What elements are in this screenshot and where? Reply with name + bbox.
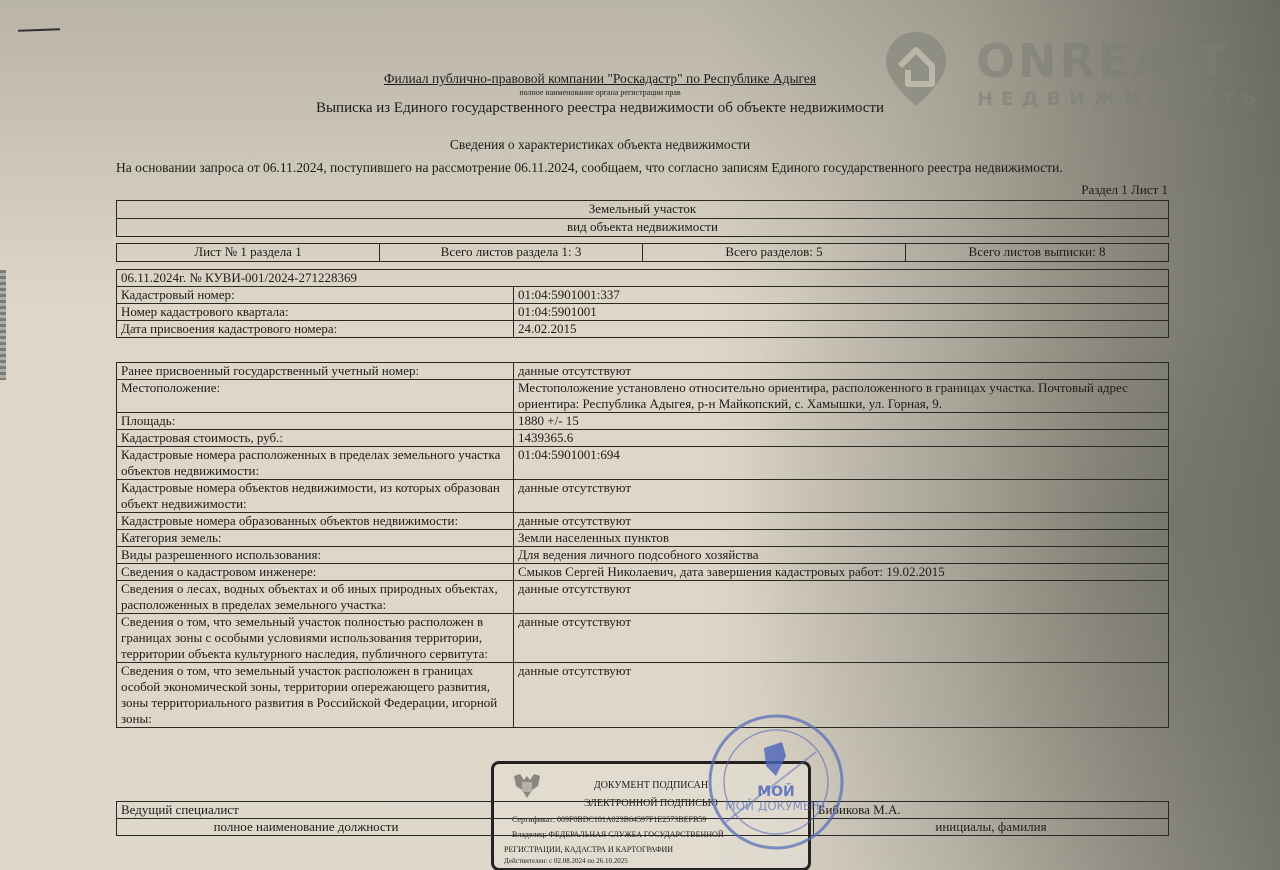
row-label: Виды разрешенного использования:	[117, 547, 514, 564]
table-row: Сведения о лесах, водных объектах и об и…	[117, 581, 1169, 614]
row-value: данные отсутствуют	[514, 363, 1169, 380]
table-row: Дата присвоения кадастрового номера: 24.…	[117, 321, 1169, 338]
signer-name: Бибикова М.А.	[814, 802, 1169, 819]
row-label: Кадастровые номера образованных объектов…	[117, 513, 514, 530]
table-row: Кадастровые номера образованных объектов…	[117, 513, 1169, 530]
table-row: Категория земель:Земли населенных пункто…	[117, 530, 1169, 547]
row-value: Смыков Сергей Николаевич, дата завершени…	[514, 564, 1169, 581]
row-value: данные отсутствуют	[514, 581, 1169, 614]
object-type-caption: вид объекта недвижимости	[117, 219, 1169, 237]
row-value: данные отсутствуют	[514, 480, 1169, 513]
row-value: 1880 +/- 15	[514, 413, 1169, 430]
document-title: Выписка из Единого государственного реес…	[0, 100, 1200, 117]
organization-caption: полное наименование органа регистрации п…	[0, 88, 1200, 97]
cadastral-quarter: 01:04:5901001	[514, 304, 1169, 321]
row-label: Дата присвоения кадастрового номера:	[117, 321, 514, 338]
request-number: 06.11.2024г. № КУВИ-001/2024-271228369	[117, 270, 1169, 287]
row-value: данные отсутствуют	[514, 614, 1169, 663]
table-row: Сведения о том, что земельный участок ра…	[117, 663, 1169, 728]
section-title: Сведения о характеристиках объекта недви…	[0, 137, 1200, 153]
table-row: Виды разрешенного использования:Для веде…	[117, 547, 1169, 564]
object-type-table: Земельный участок вид объекта недвижимос…	[116, 200, 1169, 237]
total-extract-sheets: Всего листов выписки: 8	[906, 244, 1169, 262]
esig-line1: ДОКУМЕНТ ПОДПИСАН	[494, 780, 808, 791]
row-label: Кадастровая стоимость, руб.:	[117, 430, 514, 447]
row-label: Сведения о кадастровом инженере:	[117, 564, 514, 581]
esig-validity: Действителен: с 02.08.2024 по 26.10.2025	[504, 857, 628, 865]
request-basis: На основании запроса от 06.11.2024, пост…	[116, 160, 1063, 176]
page-edge	[0, 270, 6, 380]
row-label: Ранее присвоенный государственный учетны…	[117, 363, 514, 380]
row-value: Для ведения личного подсобного хозяйства	[514, 547, 1169, 564]
row-label: Кадастровые номера объектов недвижимости…	[117, 480, 514, 513]
table-row: Ранее присвоенный государственный учетны…	[117, 363, 1169, 380]
table-row: Номер кадастрового квартала: 01:04:59010…	[117, 304, 1169, 321]
row-label: Сведения о лесах, водных объектах и об и…	[117, 581, 514, 614]
sheet-of-section: Лист № 1 раздела 1	[117, 244, 380, 262]
row-label: Кадастровые номера расположенных в преде…	[117, 447, 514, 480]
signature-table: Ведущий специалист Бибикова М.А. полное …	[116, 801, 1169, 836]
row-value: данные отсутствуют	[514, 513, 1169, 530]
row-value: Земли населенных пунктов	[514, 530, 1169, 547]
row-label: Площадь:	[117, 413, 514, 430]
row-label: Кадастровый номер:	[117, 287, 514, 304]
esig-owner-cont: РЕГИСТРАЦИИ, КАДАСТРА И КАРТОГРАФИИ	[504, 845, 673, 854]
row-value: данные отсутствуют	[514, 663, 1169, 728]
position-caption: полное наименование должности	[117, 819, 496, 836]
row-value: 01:04:5901001:694	[514, 447, 1169, 480]
pen-mark	[18, 28, 60, 31]
characteristics-table: Ранее присвоенный государственный учетны…	[116, 362, 1169, 728]
table-row: Местоположение:Местоположение установлен…	[117, 380, 1169, 413]
row-label: Номер кадастрового квартала:	[117, 304, 514, 321]
table-row: Сведения о кадастровом инженере:Смыков С…	[117, 564, 1169, 581]
table-row: Кадастровые номера объектов недвижимости…	[117, 480, 1169, 513]
total-section-sheets: Всего листов раздела 1: 3	[380, 244, 643, 262]
row-value: Местоположение установлено относительно …	[514, 380, 1169, 413]
row-label: Сведения о том, что земельный участок по…	[117, 614, 514, 663]
row-label: Сведения о том, что земельный участок ра…	[117, 663, 514, 728]
assignment-date: 24.02.2015	[514, 321, 1169, 338]
table-row: Кадастровая стоимость, руб.:1439365.6	[117, 430, 1169, 447]
table-row: Сведения о том, что земельный участок по…	[117, 614, 1169, 663]
sheet-reference: Раздел 1 Лист 1	[1081, 182, 1168, 198]
row-value: 1439365.6	[514, 430, 1169, 447]
identifiers-table: 06.11.2024г. № КУВИ-001/2024-271228369 К…	[116, 269, 1169, 338]
signer-position: Ведущий специалист	[117, 802, 496, 819]
table-row: Кадастровый номер: 01:04:5901001:337	[117, 287, 1169, 304]
sheets-table: Лист № 1 раздела 1 Всего листов раздела …	[116, 243, 1169, 262]
total-sections: Всего разделов: 5	[643, 244, 906, 262]
object-type: Земельный участок	[117, 201, 1169, 219]
name-caption: инициалы, фамилия	[814, 819, 1169, 836]
row-label: Местоположение:	[117, 380, 514, 413]
cadastral-number: 01:04:5901001:337	[514, 287, 1169, 304]
organization-name: Филиал публично-правовой компании "Роска…	[0, 71, 1200, 87]
table-row: Кадастровые номера расположенных в преде…	[117, 447, 1169, 480]
table-row: Площадь:1880 +/- 15	[117, 413, 1169, 430]
row-label: Категория земель:	[117, 530, 514, 547]
